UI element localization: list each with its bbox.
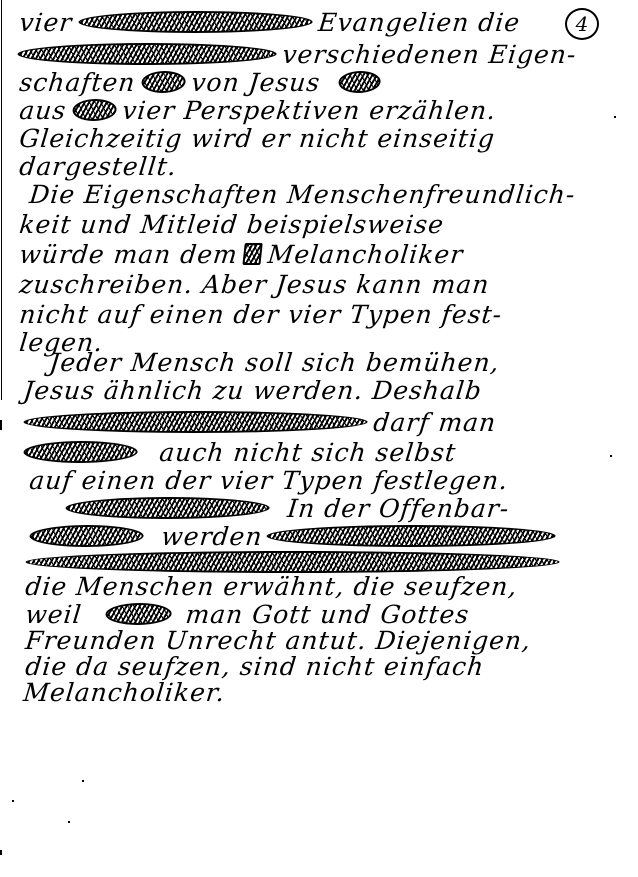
crossed-out-word (24, 551, 560, 573)
scan-dust (614, 116, 616, 118)
crossed-out-word (77, 11, 313, 33)
text-line-5: Gleichzeitig wird er nicht einseitig (18, 124, 497, 153)
word: schaften (18, 68, 137, 97)
word: darf man (372, 408, 498, 437)
text-line-17: auf einen der vier Typen festlegen. (28, 466, 510, 495)
word: auch nicht sich selbst (158, 438, 458, 467)
word: In der Offenbar- (286, 494, 511, 523)
scan-dust (68, 821, 70, 823)
crossed-out-word (28, 525, 144, 547)
text-line-1: vierEvangelien die (18, 8, 522, 37)
word: vier Perspektiven erzählen. (121, 96, 498, 125)
circled-page-number: 4 (565, 8, 599, 40)
crossed-out-word (105, 603, 173, 625)
word: man Gott und Gottes (184, 600, 471, 629)
text-line-8: keit und Mitleid beispielsweise (18, 210, 446, 239)
scan-dust (610, 455, 612, 457)
text-line-24: die da seufzen, sind nicht einfach (24, 652, 486, 681)
word: vier (18, 8, 74, 37)
text-line-13: Jeder Mensch soll sich bemühen, (48, 348, 501, 377)
text-line-7: Die Eigenschaften Menschenfreundlich- (28, 180, 577, 209)
word: Melancholiker (266, 240, 464, 269)
word: würde man dem (18, 240, 239, 269)
text-line-10: zuschreiben. Aber Jesus kann man (18, 270, 491, 299)
scan-edge-mark (0, 420, 2, 430)
crossed-out-word (337, 71, 381, 93)
text-line-14: Jesus ähnlich zu werden. Deshalb (22, 376, 484, 405)
text-line-21: die Menschen erwähnt, die seufzen, (24, 572, 519, 601)
text-line-19: werden (28, 522, 563, 551)
word: Evangelien die (317, 8, 522, 37)
scan-dust (12, 800, 14, 802)
text-line-3: schaftenvon Jesus (18, 68, 388, 97)
crossed-out-word (16, 43, 277, 65)
word: weil (24, 600, 83, 629)
scan-edge-mark (0, 850, 2, 855)
word: verschiedenen Eigen- (281, 40, 578, 69)
text-line-25: Melancholiker. (22, 678, 227, 707)
word: aus (18, 96, 68, 125)
crossed-out-word (141, 71, 187, 93)
text-line-22: weilman Gott und Gottes (24, 600, 471, 629)
text-line-2: verschiedenen Eigen- (16, 40, 578, 69)
crossed-out-word (71, 99, 117, 121)
handwritten-page: 4 vierEvangelien die verschiedenen Eigen… (0, 0, 638, 877)
text-line-6: dargestellt. (18, 152, 178, 181)
crossed-out-word (266, 525, 557, 547)
text-line-15: darf man (22, 408, 498, 437)
crossed-out-word (22, 441, 138, 463)
scan-dust (82, 780, 84, 782)
text-line-18: In der Offenbar- (64, 494, 511, 523)
text-line-23: Freunden Unrecht antut. Diejenigen, (24, 626, 533, 655)
text-line-4: ausvier Perspektiven erzählen. (18, 96, 498, 125)
text-line-9: würde man demMelancholiker (18, 240, 465, 269)
crossed-out-word (22, 411, 368, 433)
text-line-11: nicht auf einen der vier Typen fest- (18, 300, 504, 329)
crossed-out-word (243, 243, 263, 265)
word: von Jesus (190, 68, 322, 97)
word: werden (160, 522, 264, 551)
crossed-out-word (64, 497, 270, 519)
scan-edge-line (1, 0, 2, 400)
text-line-16: auch nicht sich selbst (22, 438, 458, 467)
